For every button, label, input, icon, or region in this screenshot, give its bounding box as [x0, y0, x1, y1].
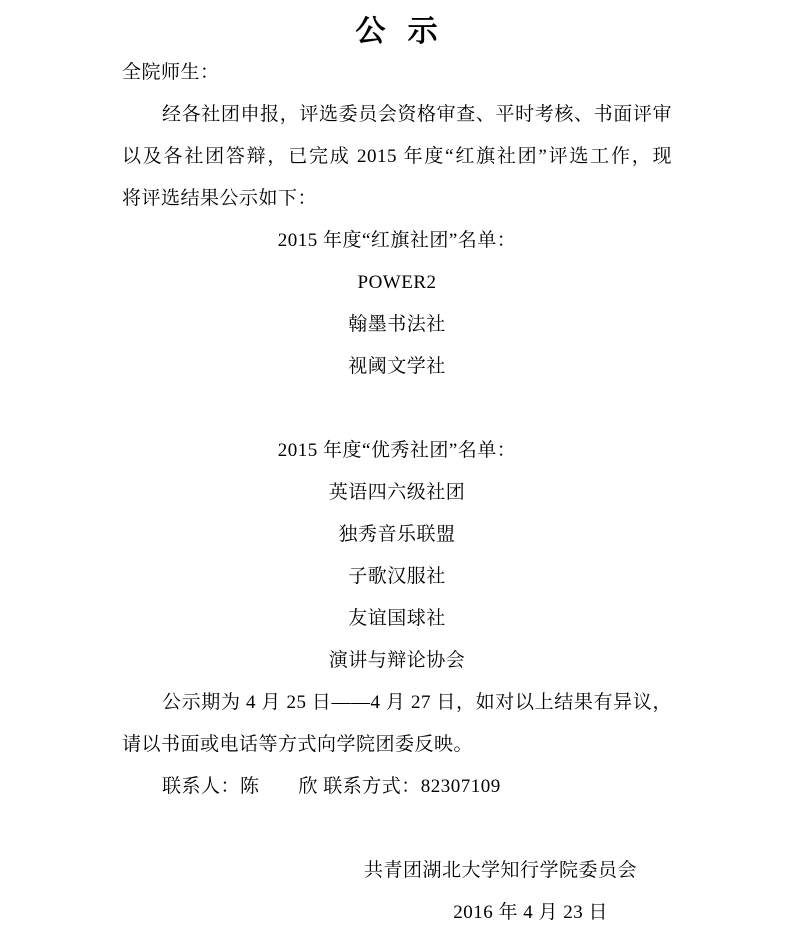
announcement-document: 公 示 全院师生： 经各社团申报，评选委员会资格审查、平时考核、书面评审 以及各…: [122, 0, 672, 934]
red-flag-club-item: POWER2: [122, 262, 672, 304]
signature-date: 2016 年 4 月 23 日: [122, 892, 672, 934]
excellent-club-item: 子歌汉服社: [122, 556, 672, 598]
paragraph1-line1: 经各社团申报，评选委员会资格审查、平时考核、书面评审: [122, 94, 672, 136]
red-flag-club-item: 翰墨书法社: [122, 304, 672, 346]
paragraph2-line2: 请以书面或电话等方式向学院团委反映。: [122, 724, 672, 766]
paragraph2-line1: 公示期为 4 月 25 日——4 月 27 日，如对以上结果有异议，: [122, 682, 672, 724]
paragraph1-line3: 将评选结果公示如下：: [122, 178, 672, 220]
red-flag-list-heading: 2015 年度“红旗社团”名单：: [122, 220, 672, 262]
excellent-club-item: 演讲与辩论协会: [122, 640, 672, 682]
excellent-club-item: 友谊国球社: [122, 598, 672, 640]
excellent-list-heading: 2015 年度“优秀社团”名单：: [122, 430, 672, 472]
excellent-club-item: 英语四六级社团: [122, 472, 672, 514]
signature-committee: 共青团湖北大学知行学院委员会: [122, 850, 672, 892]
paragraph1-line2: 以及各社团答辩，已完成 2015 年度“红旗社团”评选工作，现: [122, 136, 672, 178]
contact-line: 联系人：陈 欣 联系方式：82307109: [122, 766, 672, 808]
document-title: 公 示: [122, 0, 672, 52]
red-flag-club-item: 视阈文学社: [122, 346, 672, 388]
salutation: 全院师生：: [122, 52, 672, 94]
blank-line: [122, 388, 672, 430]
blank-line: [122, 808, 672, 850]
excellent-club-item: 独秀音乐联盟: [122, 514, 672, 556]
